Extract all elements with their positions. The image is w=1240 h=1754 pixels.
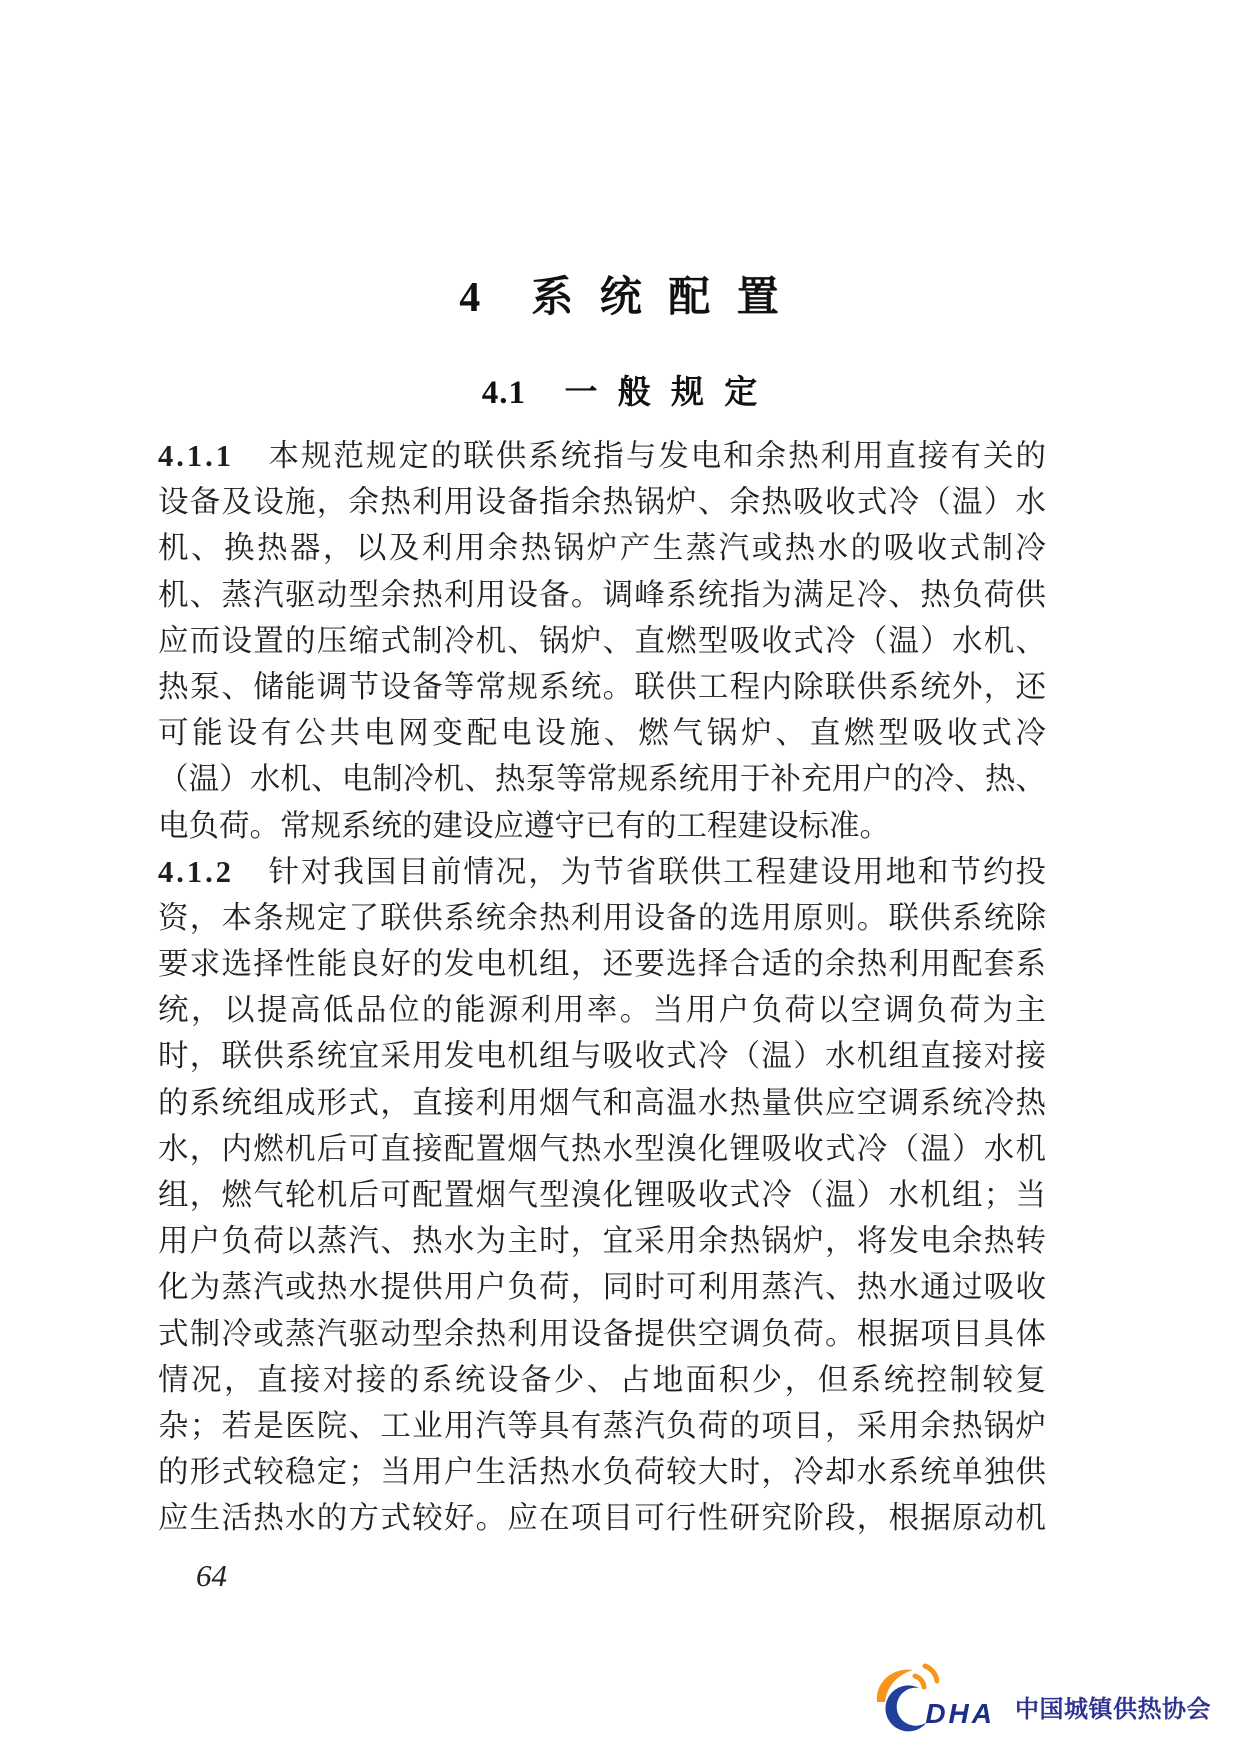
body-text-line: 用户负荷以蒸汽、热水为主时，宜采用余热锅炉，将发电余热转 (158, 1218, 1046, 1264)
page-number: 64 (196, 1558, 227, 1594)
body-text-line: 4.1.2 针对我国目前情况，为节省联供工程建设用地和节约投 (158, 849, 1046, 895)
logo-org-name: 中国城镇供热协会 (1015, 1698, 1211, 1734)
body-text-line: 的形式较稳定；当用户生活热水负荷较大时，冷却水系统单独供 (158, 1449, 1046, 1495)
clause-number: 4.1.2 (158, 855, 234, 889)
body-text-line: 的系统组成形式，直接利用烟气和高温水热量供应空调系统冷热 (158, 1080, 1046, 1126)
body-text-line: 式制冷或蒸汽驱动型余热利用设备提供空调负荷。根据项目具体 (158, 1311, 1046, 1357)
body-text: 4.1.1 本规范规定的联供系统指与发电和余热利用直接有关的设备及设施，余热利用… (158, 433, 1046, 1542)
body-text-line: （温）水机、电制冷机、热泵等常规系统用于补充用户的冷、热、 (158, 756, 1046, 802)
clause-number: 4.1.1 (158, 439, 234, 473)
body-text-line: 组，燃气轮机后可配置烟气型溴化锂吸收式冷（温）水机组；当 (158, 1172, 1046, 1218)
body-text-line: 机、换热器，以及利用余热锅炉产生蒸汽或热水的吸收式制冷 (158, 525, 1046, 571)
logo-acronym: DHA (925, 1700, 995, 1734)
body-text-line: 应生活热水的方式较好。应在项目可行性研究阶段，根据原动机 (158, 1495, 1046, 1541)
body-text-line: 可能设有公共电网变配电设施、燃气锅炉、直燃型吸收式冷 (158, 710, 1046, 756)
body-text-line: 统，以提高低品位的能源利用率。当用户负荷以空调负荷为主 (158, 987, 1046, 1033)
body-text-line: 水，内燃机后可直接配置烟气热水型溴化锂吸收式冷（温）水机 (158, 1126, 1046, 1172)
body-text-line: 杂；若是医院、工业用汽等具有蒸汽负荷的项目，采用余热锅炉 (158, 1403, 1046, 1449)
body-text-line: 热泵、储能调节设备等常规系统。联供工程内除联供系统外，还 (158, 664, 1046, 710)
body-text-line: 机、蒸汽驱动型余热利用设备。调峰系统指为满足冷、热负荷供 (158, 572, 1046, 618)
association-logo: DHA 中国城镇供热协会 (871, 1662, 1211, 1734)
body-text-line: 要求选择性能良好的发电机组，还要选择合适的余热利用配套系 (158, 941, 1046, 987)
body-text-line: 时，联供系统宜采用发电机组与吸收式冷（温）水机组直接对接 (158, 1033, 1046, 1079)
body-text-line: 4.1.1 本规范规定的联供系统指与发电和余热利用直接有关的 (158, 433, 1046, 479)
body-text-line: 电负荷。常规系统的建设应遵守已有的工程建设标准。 (158, 803, 1046, 849)
document-page: 4 系 统 配 置 4.1 一 般 规 定 4.1.1 本规范规定的联供系统指与… (0, 0, 1240, 1754)
body-text-line: 化为蒸汽或热水提供用户负荷，同时可利用蒸汽、热水通过吸收 (158, 1264, 1046, 1310)
body-text-line: 资，本条规定了联供系统余热利用设备的选用原则。联供系统除 (158, 895, 1046, 941)
section-heading: 4.1 一 般 规 定 (0, 366, 1240, 413)
body-text-line: 情况，直接对接的系统设备少、占地面积少，但系统控制较复 (158, 1357, 1046, 1403)
body-text-line: 设备及设施，余热利用设备指余热锅炉、余热吸收式冷（温）水 (158, 479, 1046, 525)
body-text-line: 应而设置的压缩式制冷机、锅炉、直燃型吸收式冷（温）水机、 (158, 618, 1046, 664)
chapter-title: 4 系 统 配 置 (0, 264, 1240, 324)
